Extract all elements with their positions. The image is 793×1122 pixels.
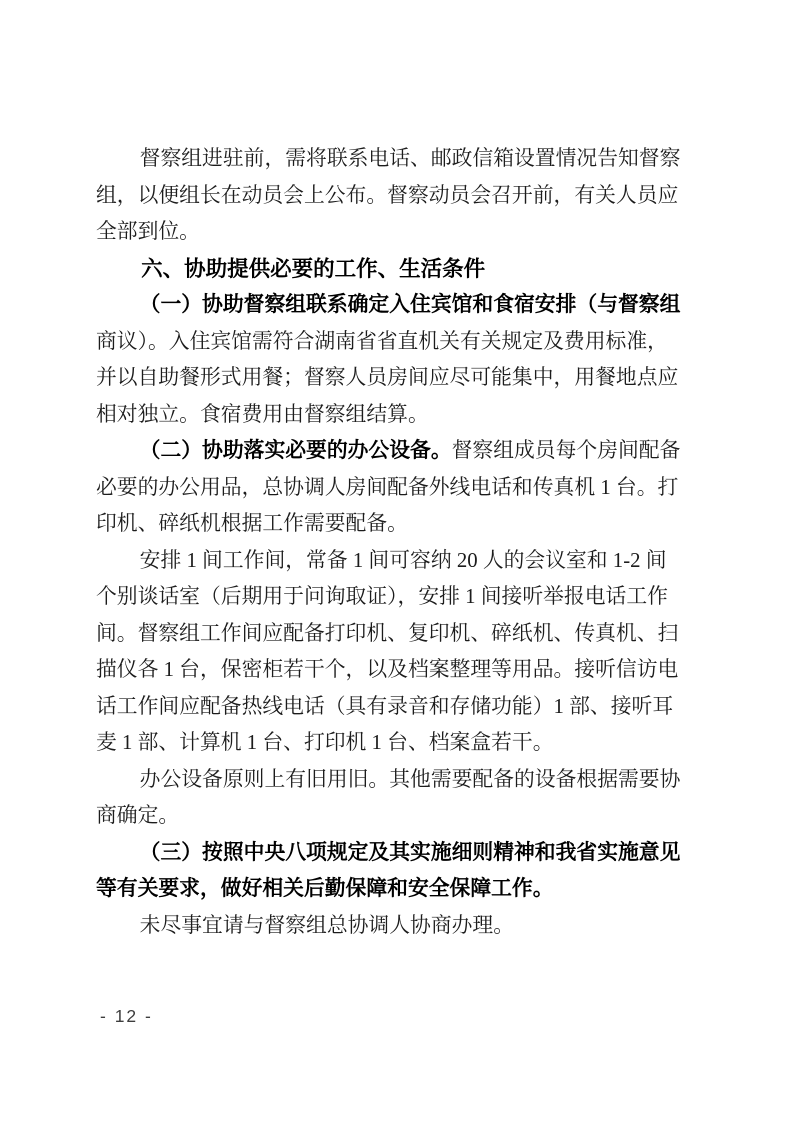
para-closing-text-run: 未尽事宜请与督察组总协调人协商办理。 [140, 914, 514, 937]
para-workrooms-text-run: 安排 1 间工作间，常备 1 间可容纳 20 人的会议室和 1-2 间 个别谈话… [96, 549, 678, 755]
para-closing: 未尽事宜请与督察组总协调人协商办理。 [96, 908, 740, 945]
para-intro-text-run: 督察组进驻前，需将联系电话、邮政信箱设置情况告知督察 组，以便组长在动员会上公布… [96, 147, 680, 243]
para-item-1: （一）协助督察组联系确定入住宾馆和食宿安排（与督察组 商议）。入住宾馆需符合湖南… [96, 287, 740, 433]
para-workrooms: 安排 1 间工作间，常备 1 间可容纳 20 人的会议室和 1-2 间 个别谈话… [96, 543, 740, 762]
para-item-1-bold-run: （一）协助督察组联系确定入住宾馆和食宿安排（与督察组 [140, 293, 681, 316]
para-intro: 督察组进驻前，需将联系电话、邮政信箱设置情况告知督察 组，以便组长在动员会上公布… [96, 141, 740, 251]
heading-section-6-bold-run: 六、协助提供必要的工作、生活条件 [141, 257, 485, 281]
para-item-2-bold-run: （二）协助落实必要的办公设备。 [140, 439, 452, 462]
document-body: 督察组进驻前，需将联系电话、邮政信箱设置情况告知督察 组，以便组长在动员会上公布… [96, 141, 740, 944]
para-equipment-principle-text-run: 办公设备原则上有旧用旧。其他需要配备的设备根据需要协 商确定。 [96, 768, 680, 828]
heading-section-6: 六、协助提供必要的工作、生活条件 [96, 251, 740, 288]
para-item-3-bold-run: （三）按照中央八项规定及其实施细则精神和我省实施意见 等有关要求，做好相关后勤保… [96, 841, 680, 901]
document-page: 督察组进驻前，需将联系电话、邮政信箱设置情况告知督察 组，以便组长在动员会上公布… [0, 0, 793, 1122]
para-item-2: （二）协助落实必要的办公设备。督察组成员每个房间配备 必要的办公用品，总协调人房… [96, 433, 740, 543]
para-item-3: （三）按照中央八项规定及其实施细则精神和我省实施意见 等有关要求，做好相关后勤保… [96, 835, 740, 908]
para-equipment-principle: 办公设备原则上有旧用旧。其他需要配备的设备根据需要协 商确定。 [96, 762, 740, 835]
para-item-1-text-run: 商议）。入住宾馆需符合湖南省省直机关有关规定及费用标准， 并以自助餐形式用餐；督… [96, 330, 678, 426]
page-number: - 12 - [100, 1004, 153, 1028]
